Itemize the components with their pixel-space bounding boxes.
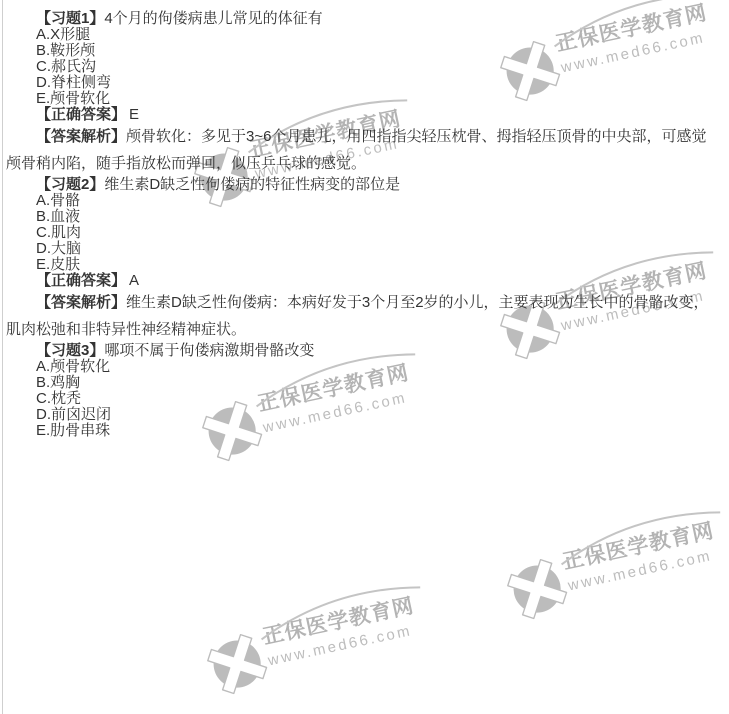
- option-a: A.颅骨软化: [6, 359, 721, 375]
- answer-value: E: [129, 106, 139, 123]
- analysis-paragraph: 【答案解析】维生素D缺乏性佝偻病：本病好发于3个月至2岁的小儿，主要表现为生长中…: [6, 289, 721, 343]
- question-heading: 【习题2】维生素D缺乏性佝偻病的特征性病变的部位是: [6, 177, 721, 193]
- watermark-brand-text: 正保医学教育网: [260, 589, 417, 650]
- analysis-paragraph: 【答案解析】颅骨软化：多见于3~6个月患儿，用四指指尖轻压枕骨、拇指轻压顶骨的中…: [6, 123, 721, 177]
- question-heading: 【习题1】4个月的佝偻病患儿常见的体征有: [6, 11, 721, 27]
- answer-label: 【正确答案】: [36, 106, 126, 123]
- med66-logo-icon: [203, 630, 272, 699]
- analysis-label: 【答案解析】: [36, 294, 126, 311]
- analysis-label: 【答案解析】: [36, 128, 126, 145]
- watermark-brand-text: 正保医学教育网: [560, 514, 717, 575]
- watermark-swoosh: [253, 573, 428, 642]
- option-b: B.血液: [6, 209, 721, 225]
- answer-line: 【正确答案】A: [6, 273, 721, 289]
- option-b: B.鞍形颅: [6, 43, 721, 59]
- watermark: 正保医学教育网 www.med66.com: [200, 584, 424, 699]
- question-label: 【习题2】: [36, 176, 104, 193]
- question-label: 【习题3】: [36, 342, 104, 359]
- question-label: 【习题1】: [36, 10, 104, 27]
- option-c: C.枕秃: [6, 391, 721, 407]
- option-a: A.骨骼: [6, 193, 721, 209]
- watermark-url-text: www.med66.com: [266, 621, 420, 670]
- page: { "watermark": { "brand": "正保医学教育网", "ur…: [0, 0, 729, 714]
- question-heading: 【习题3】哪项不属于佝偻病激期骨骼改变: [6, 343, 721, 359]
- watermark-url-text: www.med66.com: [566, 546, 720, 595]
- answer-line: 【正确答案】E: [6, 107, 721, 123]
- answer-label: 【正确答案】: [36, 272, 126, 289]
- question-stem: 维生素D缺乏性佝偻病的特征性病变的部位是: [104, 176, 400, 193]
- question-stem: 哪项不属于佝偻病激期骨骼改变: [104, 342, 314, 359]
- watermark-swoosh: [553, 498, 728, 567]
- med66-logo-icon: [503, 555, 572, 624]
- option-d: D.脊柱侧弯: [6, 75, 721, 91]
- question-list: 【习题1】4个月的佝偻病患儿常见的体征有 A.X形腿 B.鞍形颅 C.郝氏沟 D…: [0, 0, 729, 439]
- option-b: B.鸡胸: [6, 375, 721, 391]
- option-e: E.肋骨串珠: [6, 423, 721, 439]
- watermark: 正保医学教育网 www.med66.com: [500, 509, 724, 624]
- option-d: D.大脑: [6, 241, 721, 257]
- option-e: E.皮肤: [6, 257, 721, 273]
- option-a: A.X形腿: [6, 27, 721, 43]
- option-e: E.颅骨软化: [6, 91, 721, 107]
- question-stem: 4个月的佝偻病患儿常见的体征有: [104, 10, 322, 27]
- option-c: C.肌肉: [6, 225, 721, 241]
- option-d: D.前囟迟闭: [6, 407, 721, 423]
- answer-value: A: [129, 272, 139, 289]
- option-c: C.郝氏沟: [6, 59, 721, 75]
